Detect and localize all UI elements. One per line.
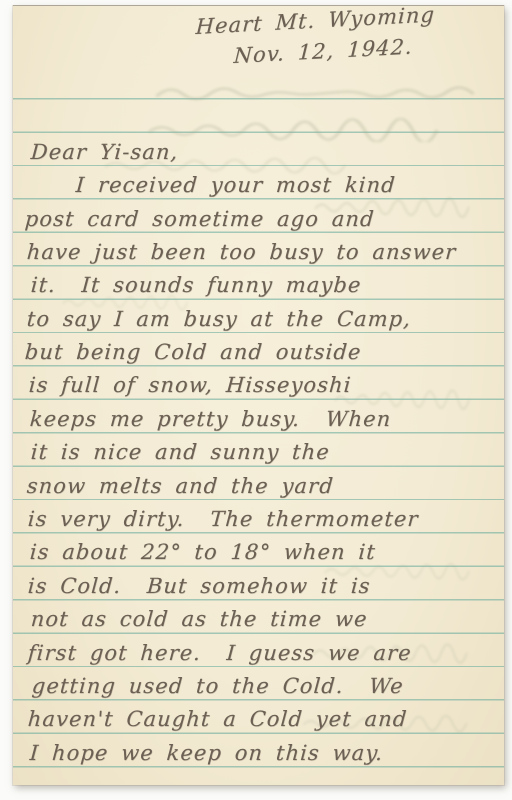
letter-line: is very dirty. The thermometer <box>27 506 420 532</box>
letter-line: I hope we keep on this way. <box>29 740 384 766</box>
letter-line: it is nice and sunny the <box>30 439 331 465</box>
letter-line: is full of snow, Hisseyoshi <box>28 372 353 398</box>
letter-line: not as cold as the time we <box>30 606 369 632</box>
letter-salutation: Dear Yi-san, <box>30 139 179 165</box>
letter-line: getting used to the Cold. We <box>31 673 405 699</box>
bleed-through-ink <box>143 118 443 142</box>
letter-line: to say I am busy at the Camp, <box>26 306 412 332</box>
letter-line: is about 22° to 18° when it <box>29 539 377 565</box>
letter-line: snow melts and the yard <box>26 473 335 499</box>
letter-line: I received your most kind <box>75 172 397 198</box>
letter-line: is Cold. But somehow it is <box>27 573 372 599</box>
letter-line: have just been too busy to answer <box>26 239 457 265</box>
letter-line: first got here. I guess we are <box>27 640 413 666</box>
letter-line: haven't Caught a Cold yet and <box>27 706 408 732</box>
bleed-through-ink <box>150 80 480 106</box>
letter-line: it. It sounds funny maybe <box>30 272 362 298</box>
scanned-letter-page: Heart Mt. Wyoming Nov. 12, 1942. Dear Yi… <box>0 0 512 800</box>
letter-line: keeps me pretty busy. When <box>29 406 392 432</box>
letter-line: post card sometime ago and <box>24 206 376 232</box>
letter-line: but being Cold and outside <box>24 339 362 365</box>
